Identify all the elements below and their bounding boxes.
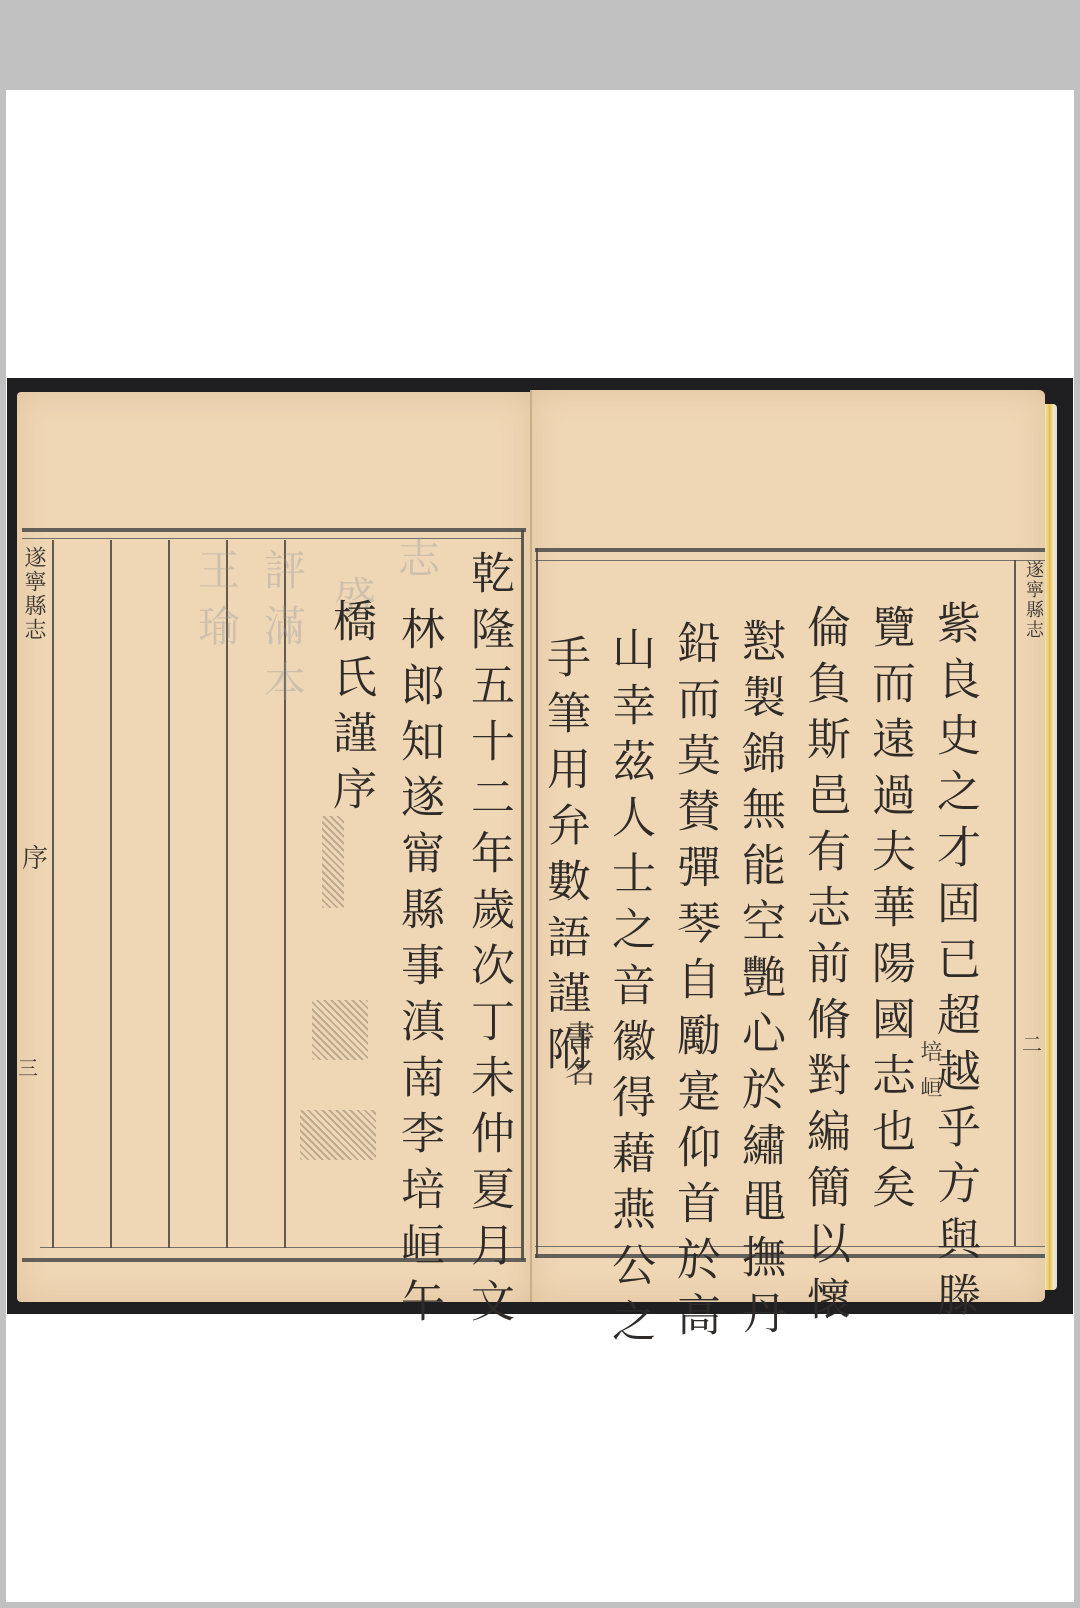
text-column: 懟製錦無能空艷心於繡黽撫丹	[737, 618, 781, 1346]
left-frame-top-inner	[22, 538, 522, 539]
left-col-line	[110, 540, 112, 1248]
left-margin-section-label: 序	[22, 838, 48, 875]
left-margin-page-number: 三	[18, 1052, 38, 1081]
seal-stamp	[312, 1000, 368, 1060]
right-margin-page-number: 二	[1022, 1028, 1042, 1057]
text-column: 手筆用弁數語謹附	[542, 634, 586, 1082]
right-frame-left	[536, 548, 538, 1258]
left-frame-bottom	[22, 1258, 526, 1262]
left-frame-bottom-inner	[40, 1247, 522, 1248]
bleed-through-text: 王瑜	[186, 548, 246, 660]
text-column: 橋氏謹序	[328, 598, 372, 822]
right-margin-book-title: 遂寧縣志	[1020, 560, 1046, 640]
book-gutter	[530, 390, 532, 1302]
small-annotation: 培峘	[914, 1040, 945, 1112]
left-margin-line	[52, 540, 54, 1248]
page-stack-edge	[1045, 404, 1057, 1290]
small-annotation: 書名	[554, 1020, 598, 1092]
left-margin-book-title: 遂寧縣志	[18, 546, 49, 642]
text-column: 覽而遠過夫華陽國志也矣	[867, 604, 911, 1220]
text-column: 紫良史之才固已超越乎方與滕	[932, 600, 976, 1328]
right-frame-top-inner	[535, 560, 1045, 561]
seal-stamp	[300, 1110, 376, 1160]
bleed-through-text: 評滿本	[252, 548, 312, 716]
right-frame-top	[535, 548, 1045, 552]
seal-stamp	[322, 816, 344, 908]
bleed-through-text: 志	[386, 536, 446, 592]
right-margin-line	[1014, 560, 1016, 1246]
text-column: 乾隆五十二年歲次丁未仲夏月文	[466, 550, 510, 1334]
text-column: 倫負斯邑有志前脩對編簡以懷	[802, 604, 846, 1332]
text-column: 鉛而莫賛彈琴自勵寔仰首於高	[672, 620, 716, 1348]
text-column: 林郎知遂甯縣事滇南李培峘午	[396, 606, 440, 1334]
left-col-line	[168, 540, 170, 1248]
text-column: 山幸茲人士之音徽得藉燕公之	[607, 626, 651, 1354]
left-frame-top	[22, 528, 526, 532]
left-frame-right	[521, 530, 524, 1260]
